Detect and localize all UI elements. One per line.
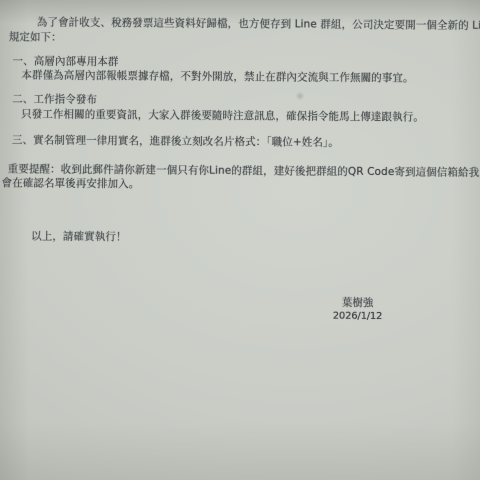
- rule-3-title: 三、實名制管理一律用實名，進群後立刻改名片格式：「職位+姓名」。: [12, 134, 339, 149]
- rule-2-body: 只發工作相關的重要資訊，大家入群後要隨時注意訊息，確保指令能馬上傳達跟執行。: [21, 108, 424, 123]
- signature-block: 葉樹強 2026/1/12: [331, 297, 383, 323]
- signature-date: 2026/1/12: [331, 310, 383, 323]
- reminder-line-2: 會在確認名單後再安排加入。: [2, 177, 140, 190]
- rule-2-title: 二、工作指令發布: [12, 93, 97, 106]
- document-photo: 為了會計收支、稅務發票這些資料好歸檔，也方便存到 Line 群組，公司決定要開一…: [0, 0, 480, 480]
- intro-line-1: 為了會計收支、稅務發票這些資料好歸檔，也方便存到 Line 群組，公司決定要開一…: [37, 16, 480, 32]
- signature-name: 葉樹強: [332, 297, 384, 310]
- closing-line: 以上，請確實執行！: [31, 230, 126, 243]
- rule-1-body: 本群僅為高層內部報帳票據存檔，不對外開放，禁止在群內交流與工作無關的事宜。: [21, 69, 413, 84]
- intro-line-2: 規定如下：: [9, 31, 62, 43]
- memo-page: 為了會計收支、稅務發票這些資料好歸檔，也方便存到 Line 群組，公司決定要開一…: [0, 0, 480, 480]
- rule-1-title: 一、高層內部專用本群: [12, 55, 118, 68]
